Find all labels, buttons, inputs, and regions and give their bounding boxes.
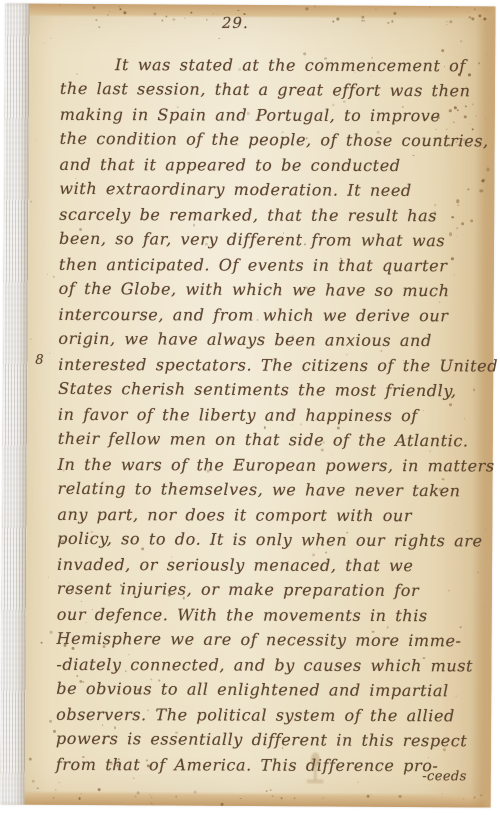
smudge-base	[307, 779, 324, 783]
manuscript-page: 29. 8 It was stated at the commencement …	[1, 4, 496, 808]
manuscript-line: resent injuries, or make preparation for	[57, 576, 486, 604]
manuscript-line: with extraordinary moderation. It need	[59, 176, 488, 204]
manuscript-line: States cherish sentiments the most frien…	[58, 376, 487, 404]
manuscript-line: It was stated at the commencement of	[60, 52, 489, 78]
manuscript-line: origin, we have always been anxious and	[58, 326, 487, 354]
manuscript-line: in favor of the liberty and happiness of	[58, 402, 487, 428]
manuscript-line: invaded, or seriously menaced, that we	[57, 552, 486, 578]
manuscript-line: policy, so to do. It is only when our ri…	[57, 526, 486, 554]
manuscript-line: any part, nor does it comport with our	[57, 502, 486, 528]
manuscript-line: observers. The political system of the a…	[56, 702, 485, 728]
manuscript-line: and that it appeared to be conducted	[59, 152, 488, 178]
manuscript-line: of the Globe, with which we have so much	[59, 276, 488, 304]
manuscript-line: -diately connected, and by causes which …	[56, 652, 485, 678]
manuscript-line: scarcely be remarked, that the result ha…	[59, 202, 488, 228]
manuscript-line: powers is essentially different in this …	[56, 726, 485, 754]
manuscript-line: their fellow men on that side of the Atl…	[58, 426, 487, 454]
manuscript-line: Hemisphere we are of necessity more imme…	[56, 626, 485, 654]
manuscript-line: In the wars of the European powers, in m…	[58, 452, 487, 478]
manuscript-text: It was stated at the commencement ofthe …	[56, 51, 489, 779]
margin-mark: 8	[35, 353, 43, 368]
page-number: 29.	[205, 14, 265, 32]
catchword: -ceeds	[422, 769, 467, 784]
manuscript-line: making in Spain and Portugal, to improve	[60, 102, 489, 128]
manuscript-line: interested spectators. The citizens of t…	[58, 352, 487, 378]
manuscript-line: from that of America. This difference pr…	[56, 752, 485, 778]
manuscript-line: the condition of the people, of those co…	[60, 126, 489, 154]
manuscript-line: be obvious to all enlightened and impart…	[56, 676, 485, 704]
manuscript-line: been, so far, very different from what w…	[59, 226, 488, 254]
manuscript-line: the last session, that a great effort wa…	[60, 76, 489, 104]
manuscript-line: then anticipated. Of events in that quar…	[59, 252, 488, 278]
scanned-document-image: 29. 8 It was stated at the commencement …	[0, 0, 500, 815]
manuscript-line: our defence. With the movements in this	[57, 602, 486, 628]
binding-edge	[1, 4, 30, 805]
page-edge-bottom	[1, 790, 491, 807]
manuscript-line: intercourse, and from which we derive ou…	[59, 302, 488, 328]
manuscript-line: relating to themselves, we have never ta…	[57, 476, 486, 504]
